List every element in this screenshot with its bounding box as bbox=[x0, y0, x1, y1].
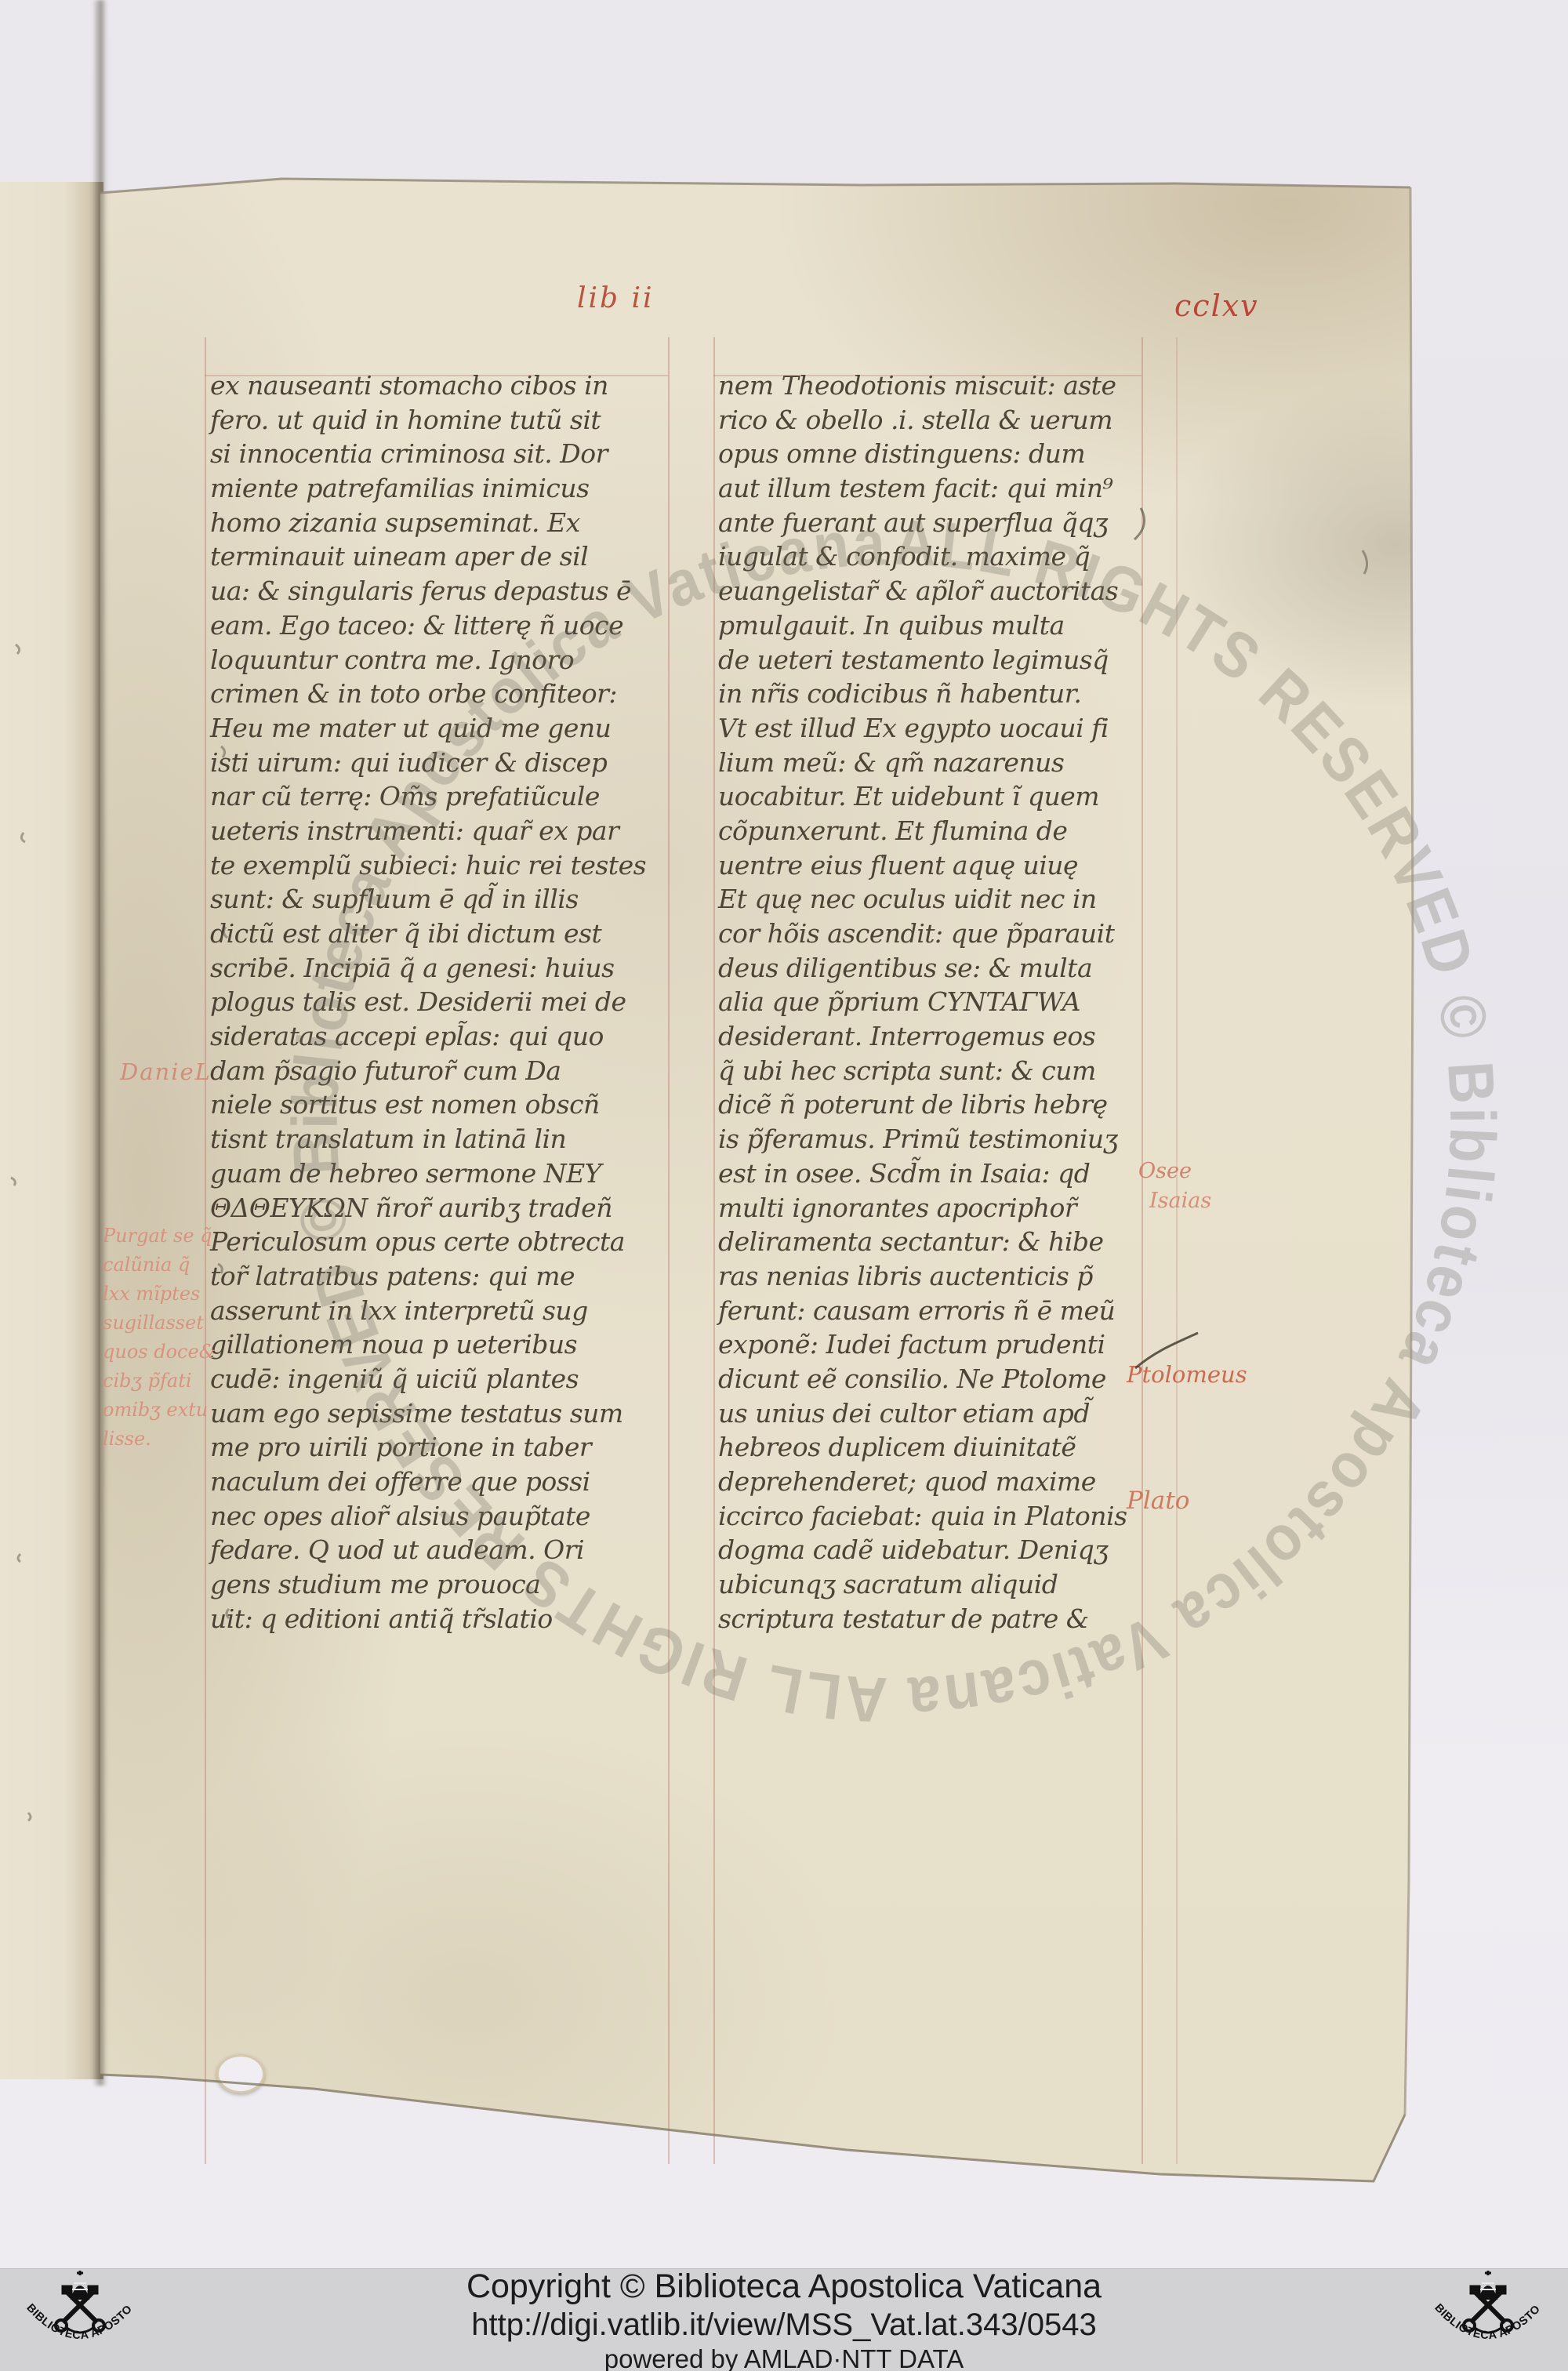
page-right-edge bbox=[1405, 187, 1413, 2115]
powered-by-line: powered by AMLAD·NTT DATA bbox=[604, 2344, 964, 2371]
crossed-keys-emblem bbox=[1464, 2271, 1512, 2333]
manuscript-viewer-page: { "meta": { "description": "Digitized ma… bbox=[0, 0, 1568, 2371]
source-url: http://digi.vatlib.it/view/MSS_Vat.lat.3… bbox=[471, 2307, 1096, 2343]
watermark-overlay: ALL RIGHTS RESERVED © Biblioteca Apostol… bbox=[0, 0, 1568, 2268]
vatican-library-logo: BIBLIOTECA APOSTOLICA VATICANA bbox=[17, 2271, 143, 2366]
copyright-line: Copyright © Biblioteca Apostolica Vatica… bbox=[466, 2268, 1102, 2306]
page-bottom-edge bbox=[100, 2075, 1405, 2181]
corrector-mark bbox=[1135, 1333, 1198, 1368]
copyright-watermark: ALL RIGHTS RESERVED © Biblioteca Apostol… bbox=[279, 507, 1508, 1735]
vatican-library-logo: BIBLIOTECA APOSTOLICA VATICANA bbox=[1425, 2271, 1551, 2366]
footer-text-block: Copyright © Biblioteca Apostolica Vatica… bbox=[0, 2269, 1568, 2371]
flourish-mark bbox=[1134, 508, 1145, 539]
page-top-edge bbox=[100, 179, 1410, 193]
copyright-footer: Copyright © Biblioteca Apostolica Vatica… bbox=[0, 2268, 1568, 2371]
crossed-keys-emblem bbox=[56, 2271, 104, 2333]
